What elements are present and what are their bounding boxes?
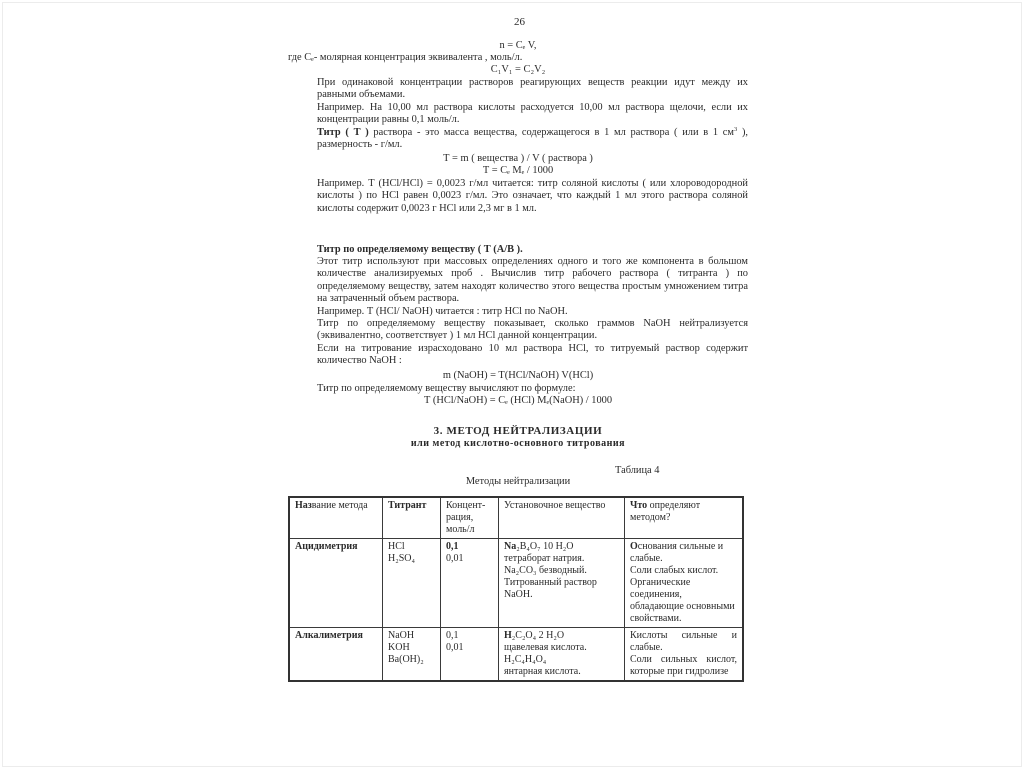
titrants: NaOHKOHBa(OH)₂ <box>383 628 441 682</box>
formula-t-hcl-naoh: Т (HCl/NaOH) = Cₑ (HCl) Mₑ(NaOH) / 1000 <box>288 395 748 407</box>
formula-t-mass: Т = m ( вещества ) / V ( раствора ) <box>288 153 748 165</box>
method-name: Алкалиметрия <box>289 628 383 682</box>
section-heading-titr-ab: Титр по определяемому веществу ( Т (А/В … <box>288 244 523 256</box>
table-header-row: Название метода Титрант Концент-рация, м… <box>289 497 743 539</box>
chapter-title: 3. МЕТОД НЕЙТРАЛИЗАЦИИ <box>288 425 748 437</box>
where-ce-text: где Cₑ- молярная концентрация эквивалент… <box>288 52 522 64</box>
standard-substance: Na₂B₄O₇ 10 H₂O тетраборат натрия. Na₂CO₃… <box>499 539 625 628</box>
titr-ab-para3: Если на титрование израсходовано 10 мл р… <box>288 343 748 368</box>
titr-ab-para4: Титр по определяемому веществу вычисляют… <box>288 383 575 395</box>
methods-table: Название метода Титрант Концент-рация, м… <box>288 496 744 682</box>
header-standard: Установочное вещество <box>499 497 625 539</box>
concentrations: 0,10,01 <box>441 539 499 628</box>
header-concentration: Концент-рация, моль/л <box>441 497 499 539</box>
titr-ab-para2: Титр по определяемому веществу показывае… <box>288 318 748 343</box>
header-method: Название метода <box>289 497 383 539</box>
titrants: HClH₂SO₄ <box>383 539 441 628</box>
page-number: 26 <box>514 16 525 28</box>
formula-c1v1: C₁V₁ = C₂V₂ <box>288 64 748 76</box>
determines: Кислоты сильные и слабые. Соли сильных к… <box>625 628 744 682</box>
example-titr: Например. Т (HCl/HCl) = 0,0023 г/мл чита… <box>288 178 748 215</box>
method-name: Ацидиметрия <box>289 539 383 628</box>
table-row: Алкалиметрия NaOHKOHBa(OH)₂ 0,10,01 H₂C₂… <box>289 628 743 682</box>
table-row: Ацидиметрия HClH₂SO₄ 0,10,01 Na₂B₄O₇ 10 … <box>289 539 743 628</box>
header-determines: Что определяют методом? <box>625 497 744 539</box>
table-caption: Методы нейтрализации <box>288 476 748 488</box>
para-equal-concentration: При одинаковой концентрации растворов ре… <box>288 77 748 102</box>
formula-n: n = Cₑ V, <box>288 40 748 52</box>
formula-m-naoh: m (NaOH) = T(HCl/NaOH) V(HCl) <box>288 370 748 382</box>
header-titrant: Титрант <box>383 497 441 539</box>
titr-definition: Титр ( Т ) раствора - это масса вещества… <box>288 127 748 152</box>
chapter-subtitle: или метод кислотно-основного титрования <box>288 438 748 450</box>
titr-ab-para1: Этот титр используют при массовых опреде… <box>288 256 748 306</box>
standard-substance: H₂C₂O₄ 2 H₂O щавелевая кислота. H₂C₄H₄O₄… <box>499 628 625 682</box>
formula-t-cm: Т = Cₑ Mₑ / 1000 <box>288 165 748 177</box>
titr-ab-example: Например. Т (HCl/ NaOH) читается : титр … <box>288 306 568 318</box>
determines: Основания сильные и слабые. Соли слабых … <box>625 539 744 628</box>
titr-term: Титр ( Т ) <box>317 127 369 138</box>
example-volumes: Например. На 10,00 мл раствора кислоты р… <box>288 102 748 127</box>
concentrations: 0,10,01 <box>441 628 499 682</box>
